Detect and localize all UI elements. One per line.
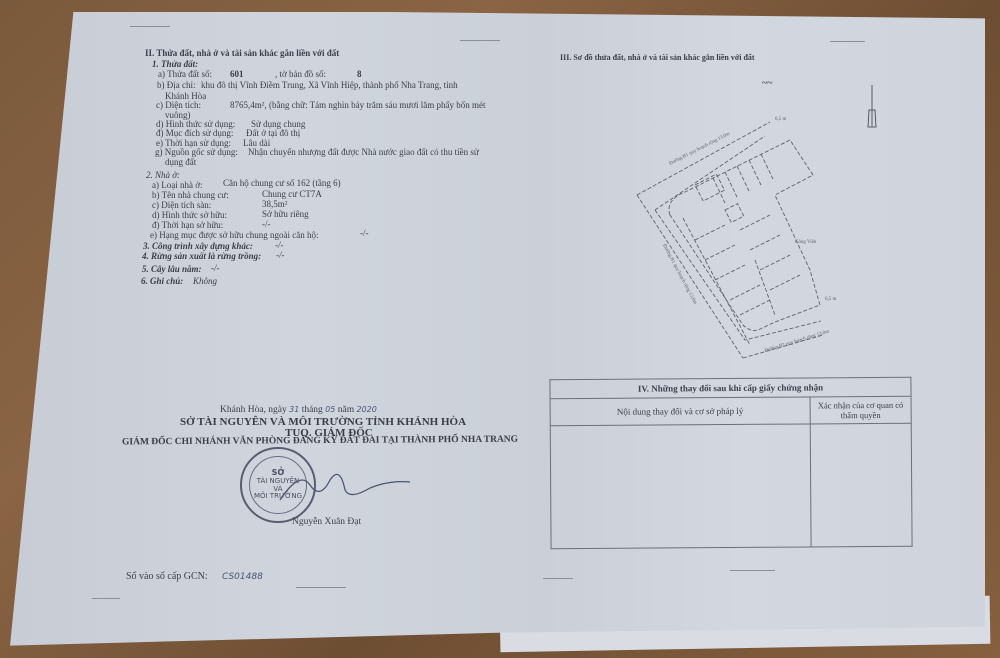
col-authority-confirmation: Xác nhận của cơ quan có thẩm quyền	[810, 396, 911, 424]
land-origin-cont: dụng đất	[165, 157, 196, 167]
changes-table-title: IV. Những thay đổi sau khi cấp giấy chứn…	[550, 377, 911, 399]
park-label: Công Viên	[795, 240, 817, 245]
item-3-label: 3. Công trình xây dựng khác:	[143, 241, 253, 251]
item-4-value: -/-	[276, 250, 285, 260]
registry-number: CS01488	[222, 572, 263, 582]
land-area: 8765,4m², (bằng chữ: Tám nghìn bảy trăm …	[230, 100, 486, 110]
house-dd-label: đ) Thời hạn sở hữu:	[152, 220, 223, 230]
divider-mark	[130, 26, 170, 27]
signature-date: Khánh Hòa, ngày 31 tháng 05 năm 2020	[220, 405, 377, 415]
changes-table: IV. Những thay đổi sau khi cấp giấy chứn…	[549, 377, 912, 550]
road-label-left: Đường B1 quy hoạch rộng 13,0m	[661, 244, 697, 306]
divider-mark	[543, 578, 573, 579]
date-month: 05	[325, 405, 335, 414]
signer-name: Nguyễn Xuân Đạt	[292, 517, 361, 527]
item-5-value: -/-	[211, 263, 220, 273]
handwritten-signature	[270, 460, 420, 510]
item-6-label: 6. Ghi chú:	[141, 276, 183, 286]
setback-bottom: 6,5 m	[825, 297, 837, 302]
house-c-label: c) Diện tích sàn:	[152, 200, 211, 210]
confirmation-cell	[810, 423, 912, 547]
house-e-label: e) Hạng mục được sở hữu chung ngoài căn …	[150, 230, 318, 240]
land-a-label: a) Thửa đất số:	[158, 69, 212, 79]
floor-area: 38,5m²	[262, 199, 287, 209]
land-b-label: b) Địa chỉ:	[157, 80, 196, 90]
divider-mark	[296, 587, 346, 588]
house-heading: 2. Nhà ở:	[146, 170, 180, 180]
land-g-label: g) Nguồn gốc sử dụng:	[155, 147, 238, 157]
divider-mark	[92, 598, 120, 599]
divider-mark	[730, 570, 775, 571]
land-c-label: c) Diện tích:	[156, 100, 201, 110]
house-d-label: d) Hình thức sở hữu:	[152, 210, 227, 220]
item-6-value: Không	[193, 276, 217, 286]
registry-label: Số vào sổ cấp GCN:	[126, 571, 208, 582]
divider-mark	[830, 41, 865, 42]
change-content-cell	[550, 424, 811, 549]
col-change-content: Nội dung thay đổi và cơ sở pháp lý	[550, 397, 810, 426]
divider-mark	[460, 40, 500, 41]
parcel-number: 601	[230, 69, 244, 79]
land-address: khu đô thị Vĩnh Điềm Trung, Xã Vĩnh Hiệp…	[201, 80, 458, 90]
map-sheet-number: 8	[357, 69, 362, 79]
item-4-label: 4. Rừng sản xuất là rừng trồng:	[142, 251, 261, 261]
common-ownership: -/-	[360, 228, 369, 238]
tilde-mark: ~~	[762, 78, 772, 89]
land-heading: 1. Thửa đất:	[152, 59, 198, 69]
ownership-form: Sở hữu riêng	[262, 209, 309, 219]
section-iii-title: III. Sơ đồ thửa đất, nhà ở và tài sản kh…	[560, 53, 755, 62]
house-type: Căn hộ chung cư số 162 (tầng 6)	[223, 178, 341, 188]
item-3-value: -/-	[275, 240, 284, 250]
house-a-label: a) Loại nhà ở:	[152, 180, 203, 190]
building-name: Chung cư CT7A	[262, 189, 322, 199]
setback-top: 6,5 m	[775, 117, 787, 122]
road-label-top: Đường B1 quy hoạch rộng 13,0m	[669, 132, 731, 167]
land-dd-label: đ) Mục đích sử dụng:	[156, 128, 233, 138]
section-ii-title: II. Thửa đất, nhà ở và tài sản khác gắn …	[145, 48, 339, 58]
house-b-label: b) Tên nhà chung cư:	[152, 190, 229, 200]
parcel-site-plan: Đường B1 quy hoạch rộng 13,0m Đường B1 q…	[625, 100, 895, 365]
date-day: 31	[289, 405, 299, 414]
land-origin: Nhận chuyển nhượng đất được Nhà nước gia…	[248, 147, 479, 157]
ownership-term: -/-	[262, 219, 271, 229]
map-sheet-label: , tờ bản đồ số:	[275, 69, 326, 79]
land-use-purpose: Đất ở tại đô thị	[246, 128, 300, 138]
date-year: 2020	[356, 405, 376, 414]
item-5-label: 5. Cây lâu năm:	[142, 264, 202, 274]
